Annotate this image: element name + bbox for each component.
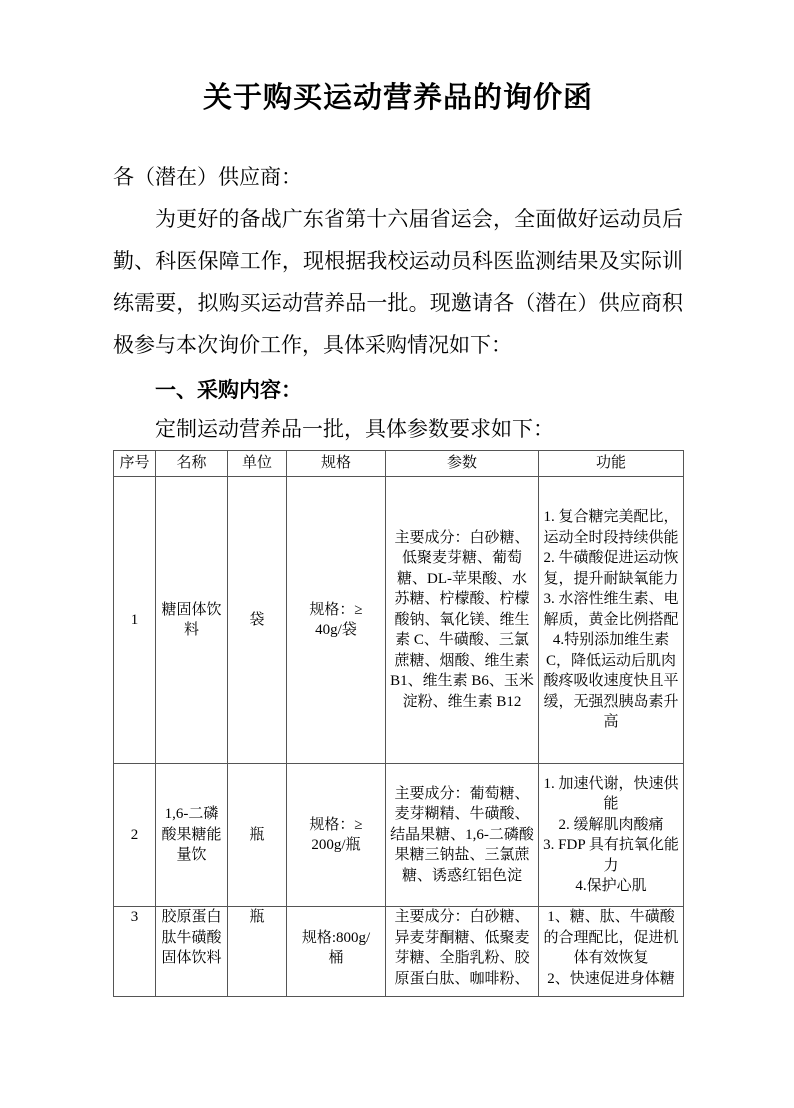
function-item: 2. 牛磺酸促进运动恢复，提升耐缺氧能力 — [543, 548, 679, 589]
cell-seq: 1 — [114, 477, 156, 764]
cell-params: 主要成分：葡萄糖、麦芽糊精、牛磺酸、结晶果糖、1,6-二磷酸果糖三钠盐、三氯蔗糖… — [386, 764, 539, 907]
cell-spec-text: 规格:800g/ 桶 — [291, 928, 381, 969]
procurement-table: 序号 名称 单位 规格 参数 功能 1 糖固体饮料 袋 规格：≥ 40g/袋 主… — [113, 450, 684, 997]
cell-unit: 袋 — [228, 477, 287, 764]
cell-spec: 规格:800g/ 桶 — [287, 907, 386, 997]
function-item: 4.特别添加维生素C，降低运动后肌肉酸疼吸收速度快且平缓，无强烈胰岛素升高 — [543, 630, 679, 733]
cell-functions: 1. 加速代谢，快速供能 2. 缓解肌肉酸痛 3. FDP 具有抗氧化能力 4.… — [539, 764, 684, 907]
cell-seq: 3 — [114, 907, 156, 997]
function-item: 1. 加速代谢，快速供能 — [543, 774, 679, 815]
cell-functions: 1、糖、肽、牛磺酸的合理配比，促进机体有效恢复 2、快速促进身体糖 — [539, 907, 684, 997]
cell-unit: 瓶 — [228, 907, 287, 997]
cell-name: 胶原蛋白肽牛磺酸固体饮料 — [156, 907, 228, 997]
section-heading: 一、采购内容： — [113, 374, 683, 408]
function-item: 1. 复合糖完美配比，运动全时段持续供能 — [543, 507, 679, 548]
cell-unit: 瓶 — [228, 764, 287, 907]
intro-paragraph: 为更好的备战广东省第十六届省运会，全面做好运动员后勤、科医保障工作，现根据我校运… — [113, 198, 683, 366]
section-intro: 定制运动营养品一批，具体参数要求如下： — [113, 412, 683, 446]
cell-seq: 2 — [114, 764, 156, 907]
cell-name-text: 胶原蛋白肽牛磺酸固体饮料 — [160, 907, 223, 969]
cell-params-text: 主要成分：白砂糖、异麦芽酮糖、低聚麦芽糖、全脂乳粉、胶原蛋白肽、咖啡粉、 — [390, 907, 534, 989]
cell-name: 糖固体饮料 — [156, 477, 228, 764]
cell-unit-text: 瓶 — [232, 907, 282, 928]
col-header-functions: 功能 — [539, 451, 684, 477]
cell-functions: 1. 复合糖完美配比，运动全时段持续供能 2. 牛磺酸促进运动恢复，提升耐缺氧能… — [539, 477, 684, 764]
function-item: 2、快速促进身体糖 — [543, 969, 679, 990]
cell-spec: 规格：≥ 40g/袋 — [287, 477, 386, 764]
cell-params: 主要成分：白砂糖、低聚麦芽糖、葡萄糖、DL-苹果酸、水苏糖、柠檬酸、柠檬酸钠、氧… — [386, 477, 539, 764]
table-row-1: 1 糖固体饮料 袋 规格：≥ 40g/袋 主要成分：白砂糖、低聚麦芽糖、葡萄糖、… — [114, 477, 684, 764]
col-header-name: 名称 — [156, 451, 228, 477]
salutation: 各（潜在）供应商： — [113, 162, 683, 192]
col-header-seq: 序号 — [114, 451, 156, 477]
cell-name: 1,6-二磷酸果糖能量饮 — [156, 764, 228, 907]
table-row-3: 3 胶原蛋白肽牛磺酸固体饮料 瓶 规格:800g/ 桶 主要成分：白砂糖、异麦芽… — [114, 907, 684, 997]
cell-params: 主要成分：白砂糖、异麦芽酮糖、低聚麦芽糖、全脂乳粉、胶原蛋白肽、咖啡粉、 — [386, 907, 539, 997]
function-item: 2. 缓解肌肉酸痛 — [543, 815, 679, 836]
col-header-spec: 规格 — [287, 451, 386, 477]
col-header-params: 参数 — [386, 451, 539, 477]
function-item: 3. FDP 具有抗氧化能力 — [543, 835, 679, 876]
cell-spec: 规格：≥ 200g/瓶 — [287, 764, 386, 907]
function-item: 4.保护心肌 — [543, 876, 679, 897]
document-content: 关于购买运动营养品的询价函 各（潜在）供应商： 为更好的备战广东省第十六届省运会… — [113, 78, 683, 997]
table-header-row: 序号 名称 单位 规格 参数 功能 — [114, 451, 684, 477]
function-item: 1、糖、肽、牛磺酸的合理配比，促进机体有效恢复 — [543, 907, 679, 969]
document-title: 关于购买运动营养品的询价函 — [113, 78, 683, 118]
document-page: 关于购买运动营养品的询价函 各（潜在）供应商： 为更好的备战广东省第十六届省运会… — [0, 0, 794, 1108]
table-row-2: 2 1,6-二磷酸果糖能量饮 瓶 规格：≥ 200g/瓶 主要成分：葡萄糖、麦芽… — [114, 764, 684, 907]
col-header-unit: 单位 — [228, 451, 287, 477]
cell-functions-text: 1、糖、肽、牛磺酸的合理配比，促进机体有效恢复 2、快速促进身体糖 — [543, 907, 679, 989]
cell-seq-text: 3 — [118, 907, 151, 928]
function-item: 3. 水溶性维生素、电解质，黄金比例搭配 — [543, 589, 679, 630]
